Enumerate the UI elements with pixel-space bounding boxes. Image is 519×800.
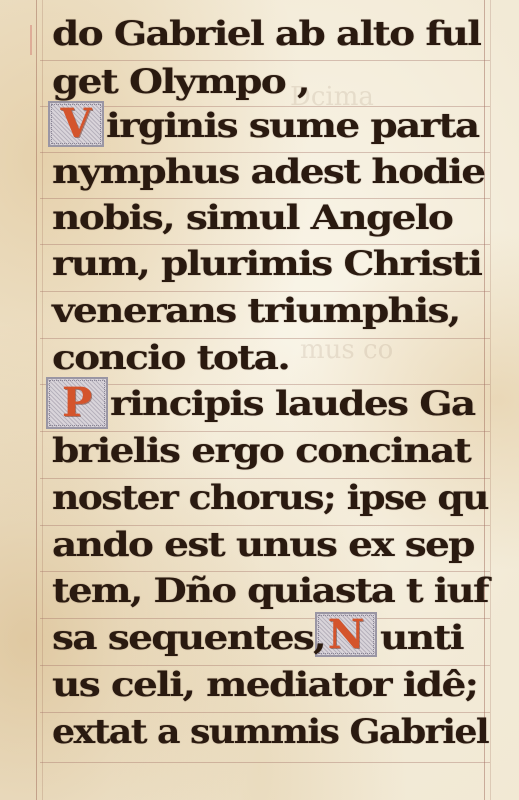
text-line-6: rum, plurimis Christi [52,244,519,284]
text-line-10: brielis ergo concinat [52,431,519,471]
ruling-line [40,762,490,763]
initial-letter: V [60,104,91,144]
margin-red-mark [30,25,32,55]
initial-letter: P [62,383,92,423]
text-line-15: us celi, mediator idê; [52,665,519,705]
text-line-16: extat a summis Gabriel [52,712,519,752]
ruling-line [40,60,490,61]
illuminated-initial-v: V [48,101,104,147]
left-margin-rule-inner [42,0,43,800]
text-line-4: nymphus adest hodie [52,152,519,192]
text-line-11: noster chorus; ipse qu [52,478,519,518]
manuscript-leaf: Dcima mus co V P N do Gabriel ab alto fu… [0,0,519,800]
text-line-13: tem, Dño quiasta t iuf [52,571,519,611]
text-line-3: irginis sume parta [106,106,519,146]
left-margin-rule [36,0,37,800]
text-line-8: concio tota. [52,338,519,378]
text-line-9: rincipis laudes Ga [110,384,519,424]
text-line-7: venerans triumphis, [52,291,519,331]
text-line-2: get Olympo , [52,62,519,102]
text-line-14-continuation: unti [380,618,507,658]
text-line-5: nobis, simul Angelo [52,198,519,238]
text-line-1: do Gabriel ab alto ful [52,14,519,54]
illuminated-initial-p: P [46,377,108,429]
text-line-12: ando est unus ex sep [52,525,519,565]
